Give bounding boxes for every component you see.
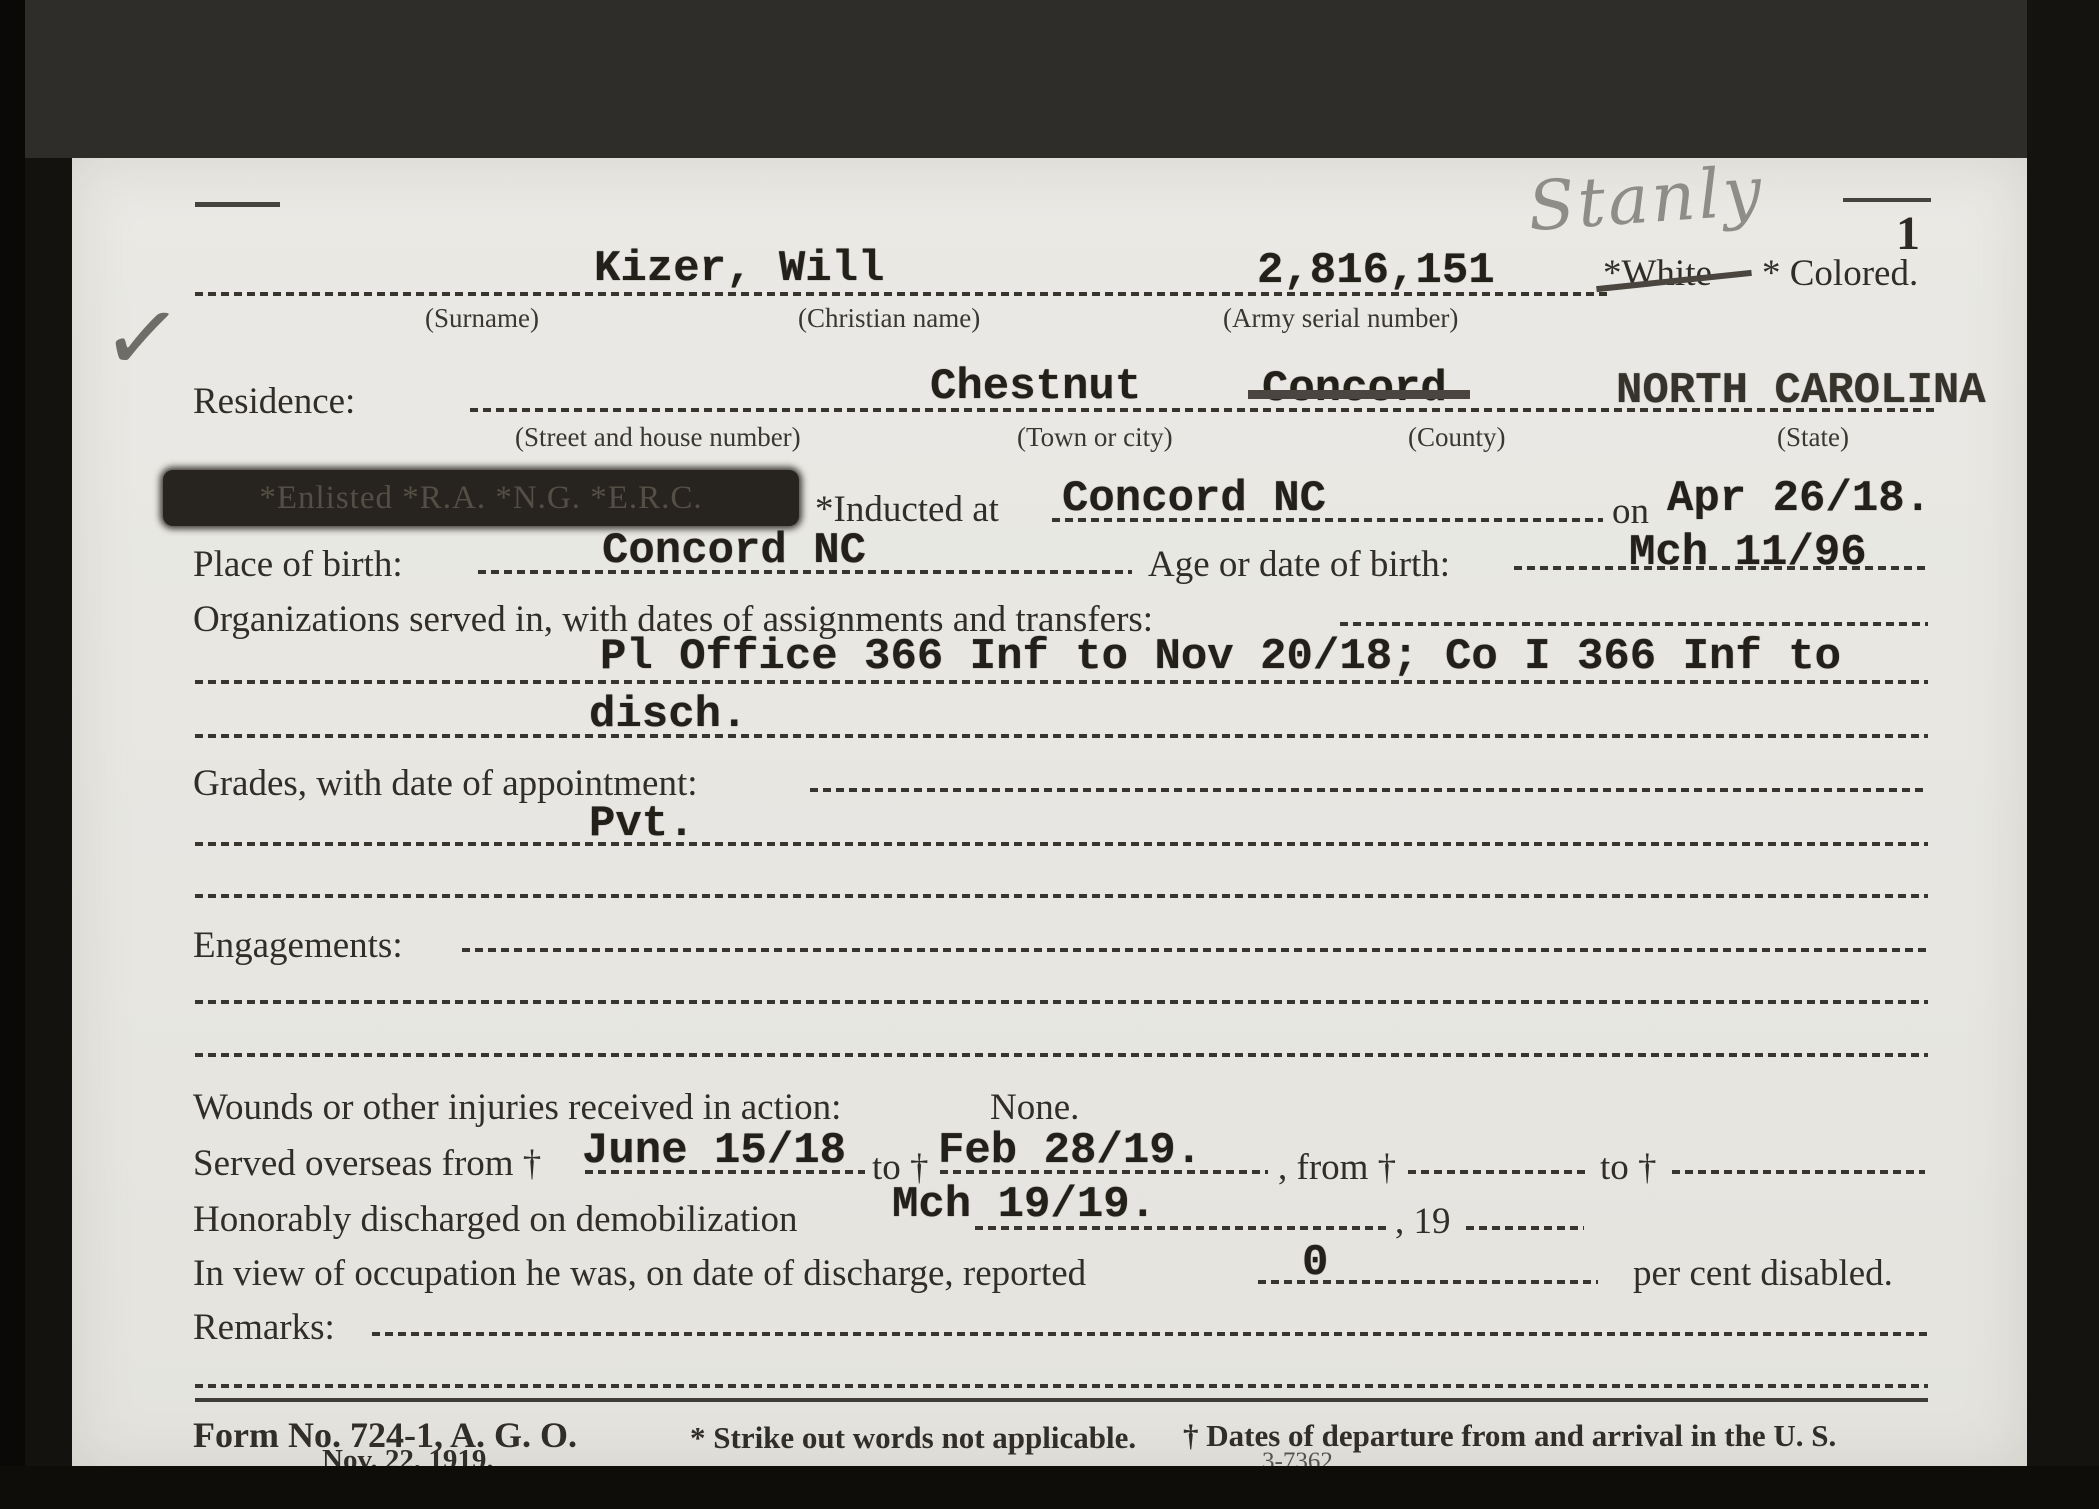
- place-of-birth-value: Concord NC: [602, 526, 866, 576]
- age-of-birth-label: Age or date of birth:: [1148, 543, 1450, 586]
- caption-county: (County): [1408, 422, 1506, 453]
- dotted-line: [1340, 622, 1928, 626]
- dotted-line: [195, 1384, 1928, 1388]
- wounds-label: Wounds or other injuries received in act…: [193, 1086, 841, 1129]
- organizations-line1-value: Pl Office 366 Inf to Nov 20/18; Co I 366…: [600, 632, 1841, 682]
- engagements-label: Engagements:: [193, 924, 403, 967]
- footer-divider-rule: [195, 1398, 1928, 1402]
- caption-army-serial: (Army serial number): [1223, 303, 1458, 334]
- discharge-year-label: , 19: [1395, 1200, 1451, 1243]
- discharge-label: Honorably discharged on demobilization: [193, 1198, 798, 1241]
- scan-edge-right: [2027, 0, 2099, 1509]
- surname-value: Kizer, Will: [594, 244, 884, 294]
- overline-mark: [1843, 198, 1931, 202]
- dotted-line: [195, 1053, 1928, 1057]
- on-label: on: [1612, 490, 1649, 533]
- overseas-to2-label: to †: [1600, 1146, 1657, 1189]
- disability-label: In view of occupation he was, on date of…: [193, 1252, 1086, 1295]
- inducted-place-value: Concord NC: [1062, 474, 1326, 524]
- wounds-value: None.: [990, 1086, 1079, 1129]
- dotted-line: [462, 948, 1928, 952]
- caption-christian-name: (Christian name): [798, 303, 980, 334]
- dotted-line: [372, 1332, 1928, 1336]
- dotted-line: [810, 788, 1928, 792]
- dotted-line: [1466, 1226, 1584, 1230]
- age-of-birth-value: Mch 11/96: [1629, 528, 1867, 578]
- inducted-date-value: Apr 26/18.: [1667, 474, 1931, 524]
- disability-suffix-label: per cent disabled.: [1633, 1252, 1893, 1295]
- county-handwritten-annotation: Stanly: [1526, 152, 1767, 247]
- inducted-at-label: *Inducted at: [815, 488, 999, 531]
- scan-edge-bottom: [0, 1466, 2099, 1509]
- residence-state-value: NORTH CAROLINA: [1616, 366, 1986, 416]
- county-strikethrough: [1248, 390, 1470, 399]
- grade-value: Pvt.: [589, 799, 695, 849]
- caption-street: (Street and house number): [515, 422, 801, 453]
- caption-town: (Town or city): [1017, 422, 1173, 453]
- dotted-line: [1672, 1170, 1925, 1174]
- scanned-service-card: ✓ Stanly 1 Kizer, Will 2,816,151 *White …: [0, 0, 2099, 1509]
- scan-background-top: [25, 0, 2099, 158]
- dotted-line: [195, 894, 1928, 898]
- dotted-line: [195, 734, 1928, 738]
- discharge-date-value: Mch 19/19.: [892, 1180, 1156, 1230]
- disability-percent-value: 0: [1302, 1238, 1328, 1288]
- overseas-to-value: Feb 28/19.: [938, 1126, 1202, 1176]
- residence-county-value: Concord: [1262, 364, 1447, 414]
- residence-label: Residence:: [193, 380, 355, 423]
- residence-town-value: Chestnut: [930, 362, 1141, 412]
- pen-dash-mark: [195, 202, 280, 207]
- strike-out-note: * Strike out words not applicable.: [690, 1420, 1136, 1456]
- caption-state: (State): [1777, 422, 1849, 453]
- scan-edge-left: [0, 0, 25, 1509]
- dotted-line: [195, 842, 1928, 846]
- organizations-line2-value: disch.: [589, 690, 747, 740]
- serial-number-value: 2,816,151: [1257, 246, 1495, 296]
- dotted-line: [195, 1000, 1928, 1004]
- overseas-from-value: June 15/18: [582, 1126, 846, 1176]
- dotted-line: [1408, 1170, 1586, 1174]
- race-colored-label: * Colored.: [1762, 252, 1918, 295]
- blackout-bar: *Enlisted *R.A. *N.G. *E.R.C.: [163, 470, 799, 526]
- overseas-from-label: Served overseas from †: [193, 1142, 541, 1185]
- place-of-birth-label: Place of birth:: [193, 543, 403, 586]
- checkmark-icon: ✓: [96, 278, 188, 398]
- overseas-from2-label: , from †: [1278, 1146, 1396, 1189]
- caption-surname: (Surname): [425, 303, 539, 334]
- remarks-label: Remarks:: [193, 1306, 335, 1349]
- struck-enlistment-options: *Enlisted *R.A. *N.G. *E.R.C.: [259, 480, 702, 517]
